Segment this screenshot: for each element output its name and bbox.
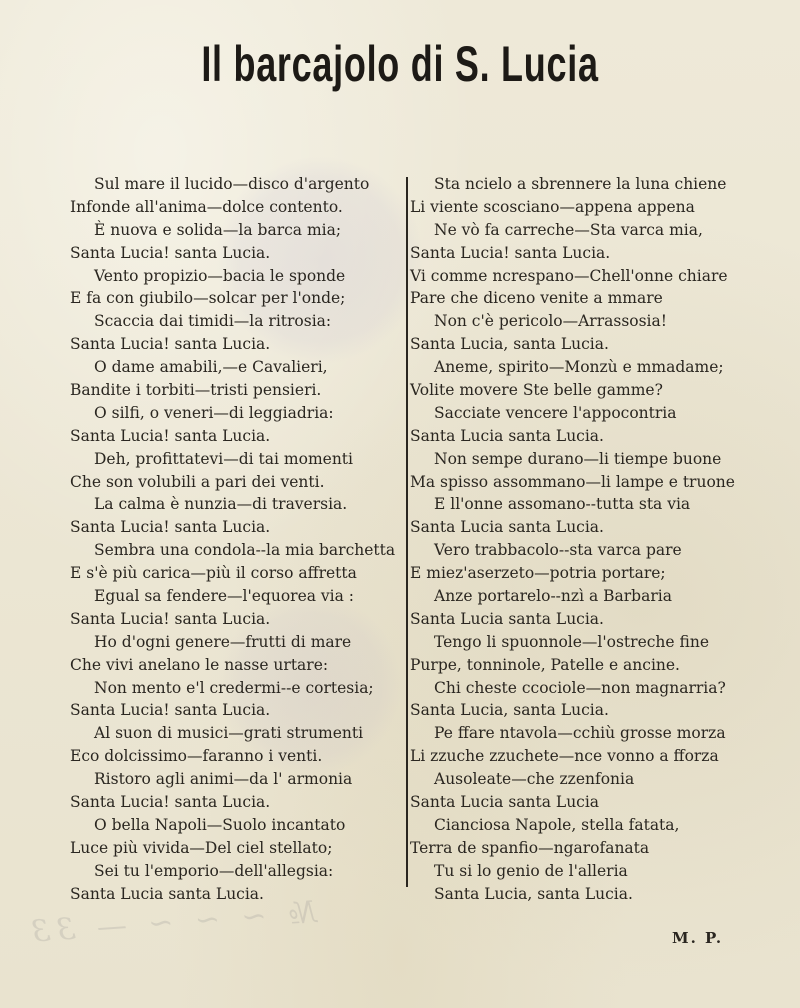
verse-line: Non mento e'l credermi--e cortesia; <box>70 677 405 700</box>
verse-line: Santa Lucia! santa Lucia. <box>70 699 405 722</box>
verse-line: Eco dolcissimo—faranno i venti. <box>70 745 405 768</box>
verse-line: O dame amabili,—e Cavalieri, <box>70 356 405 379</box>
verse-line: Aneme, spirito—Monzù e mmadame; <box>410 356 775 379</box>
verse-line: Volite movere Ste belle gamme? <box>410 379 775 402</box>
verse-line: Santa Lucia santa Lucia. <box>410 608 775 631</box>
verse-line: Santa Lucia! santa Lucia. <box>70 516 405 539</box>
verse-line: Chi cheste ccociole—non magnarria? <box>410 677 775 700</box>
verse-line: Egual sa fendere—l'equorea via : <box>70 585 405 608</box>
verse-line: E miez'aserzeto—potria portare; <box>410 562 775 585</box>
verse-line: Vento propizio—bacia le sponde <box>70 265 405 288</box>
verse-line: Luce più vivida—Del ciel stellato; <box>70 837 405 860</box>
verse-line: Santa Lucia santa Lucia <box>410 791 775 814</box>
verse-line: Ristoro agli animi—da l' armonia <box>70 768 405 791</box>
verse-line: Santa Lucia! santa Lucia. <box>70 333 405 356</box>
verse-line: Bandite i torbiti—tristi pensieri. <box>70 379 405 402</box>
verse-line: Non sempe durano—li tiempe buone <box>410 448 775 471</box>
column-divider <box>406 177 408 887</box>
verse-line: Santa Lucia santa Lucia. <box>410 516 775 539</box>
verse-line: Purpe, tonninole, Patelle e ancine. <box>410 654 775 677</box>
verse-line: Santa Lucia! santa Lucia. <box>70 242 405 265</box>
verse-line: Infonde all'anima—dolce contento. <box>70 196 405 219</box>
verse-line: Sta ncielo a sbrennere la luna chiene <box>410 173 775 196</box>
verse-line: E ll'onne assomano--tutta sta via <box>410 493 775 516</box>
verse-line: Al suon di musici—grati strumenti <box>70 722 405 745</box>
verse-line: Ne vò fa carreche—Sta varca mia, <box>410 219 775 242</box>
verse-line: Ausoleate—che zzenfonia <box>410 768 775 791</box>
verse-line: O bella Napoli—Suolo incantato <box>70 814 405 837</box>
verse-line: Vi comme ncrespano—Chell'onne chiare <box>410 265 775 288</box>
verse-line: Ma spisso assommano—li lampe e truone <box>410 471 775 494</box>
verse-line: Sembra una condola--la mia barchetta <box>70 539 405 562</box>
verse-line: Santa Lucia! santa Lucia. <box>70 608 405 631</box>
verse-line: Sacciate vencere l'appocontria <box>410 402 775 425</box>
verse-line: Li viente scosciano—appena appena <box>410 196 775 219</box>
verse-line: Santa Lucia! santa Lucia. <box>70 425 405 448</box>
verse-line: Scaccia dai timidi—la ritrosia: <box>70 310 405 333</box>
author-signature: M. P. <box>672 929 723 947</box>
verse-line: Pare che diceno venite a mmare <box>410 287 775 310</box>
verse-line: È nuova e solida—la barca mia; <box>70 219 405 242</box>
page-title: Il barcajolo di S. Lucia <box>112 36 688 92</box>
verse-line: Pe ffare ntavola—cchiù grosse morza <box>410 722 775 745</box>
verse-line: La calma è nunzia—di traversia. <box>70 493 405 516</box>
verse-line: O silfi, o veneri—di leggiadria: <box>70 402 405 425</box>
verse-line: E fa con giubilo—solcar per l'onde; <box>70 287 405 310</box>
verse-line: Che vivi anelano le nasse urtare: <box>70 654 405 677</box>
verse-line: Santa Lucia, santa Lucia. <box>410 333 775 356</box>
verse-line: Li zzuche zzuchete—nce vonno a fforza <box>410 745 775 768</box>
verse-line: Cianciosa Napole, stella fatata, <box>410 814 775 837</box>
verse-line: Santa Lucia, santa Lucia. <box>410 699 775 722</box>
verse-line: Santa Lucia santa Lucia. <box>70 883 405 906</box>
verse-line: Ho d'ogni genere—frutti di mare <box>70 631 405 654</box>
verse-line: Tengo li spuonnole—l'ostreche fine <box>410 631 775 654</box>
verse-line: Non c'è pericolo—Arrassosia! <box>410 310 775 333</box>
verse-line: Terra de spanfio—ngarofanata <box>410 837 775 860</box>
right-column: Sta ncielo a sbrennere la luna chieneLi … <box>410 173 775 906</box>
verse-line: Santa Lucia! santa Lucia. <box>70 791 405 814</box>
verse-line: Che son volubili a pari dei venti. <box>70 471 405 494</box>
verse-line: Deh, profittatevi—di tai momenti <box>70 448 405 471</box>
verse-line: Tu si lo genio de l'alleria <box>410 860 775 883</box>
song-sheet: Il barcajolo di S. Lucia Sul mare il luc… <box>0 0 800 1008</box>
left-column: Sul mare il lucido—disco d'argentoInfond… <box>70 173 405 906</box>
verse-line: Santa Lucia santa Lucia. <box>410 425 775 448</box>
verse-line: Vero trabbacolo--sta varca pare <box>410 539 775 562</box>
verse-line: Sei tu l'emporio—dell'allegsia: <box>70 860 405 883</box>
verse-line: Sul mare il lucido—disco d'argento <box>70 173 405 196</box>
verse-line: Santa Lucia, santa Lucia. <box>410 883 775 906</box>
verse-line: Anze portarelo--nzì a Barbaria <box>410 585 775 608</box>
verse-line: Santa Lucia! santa Lucia. <box>410 242 775 265</box>
verse-line: E s'è più carica—più il corso affretta <box>70 562 405 585</box>
